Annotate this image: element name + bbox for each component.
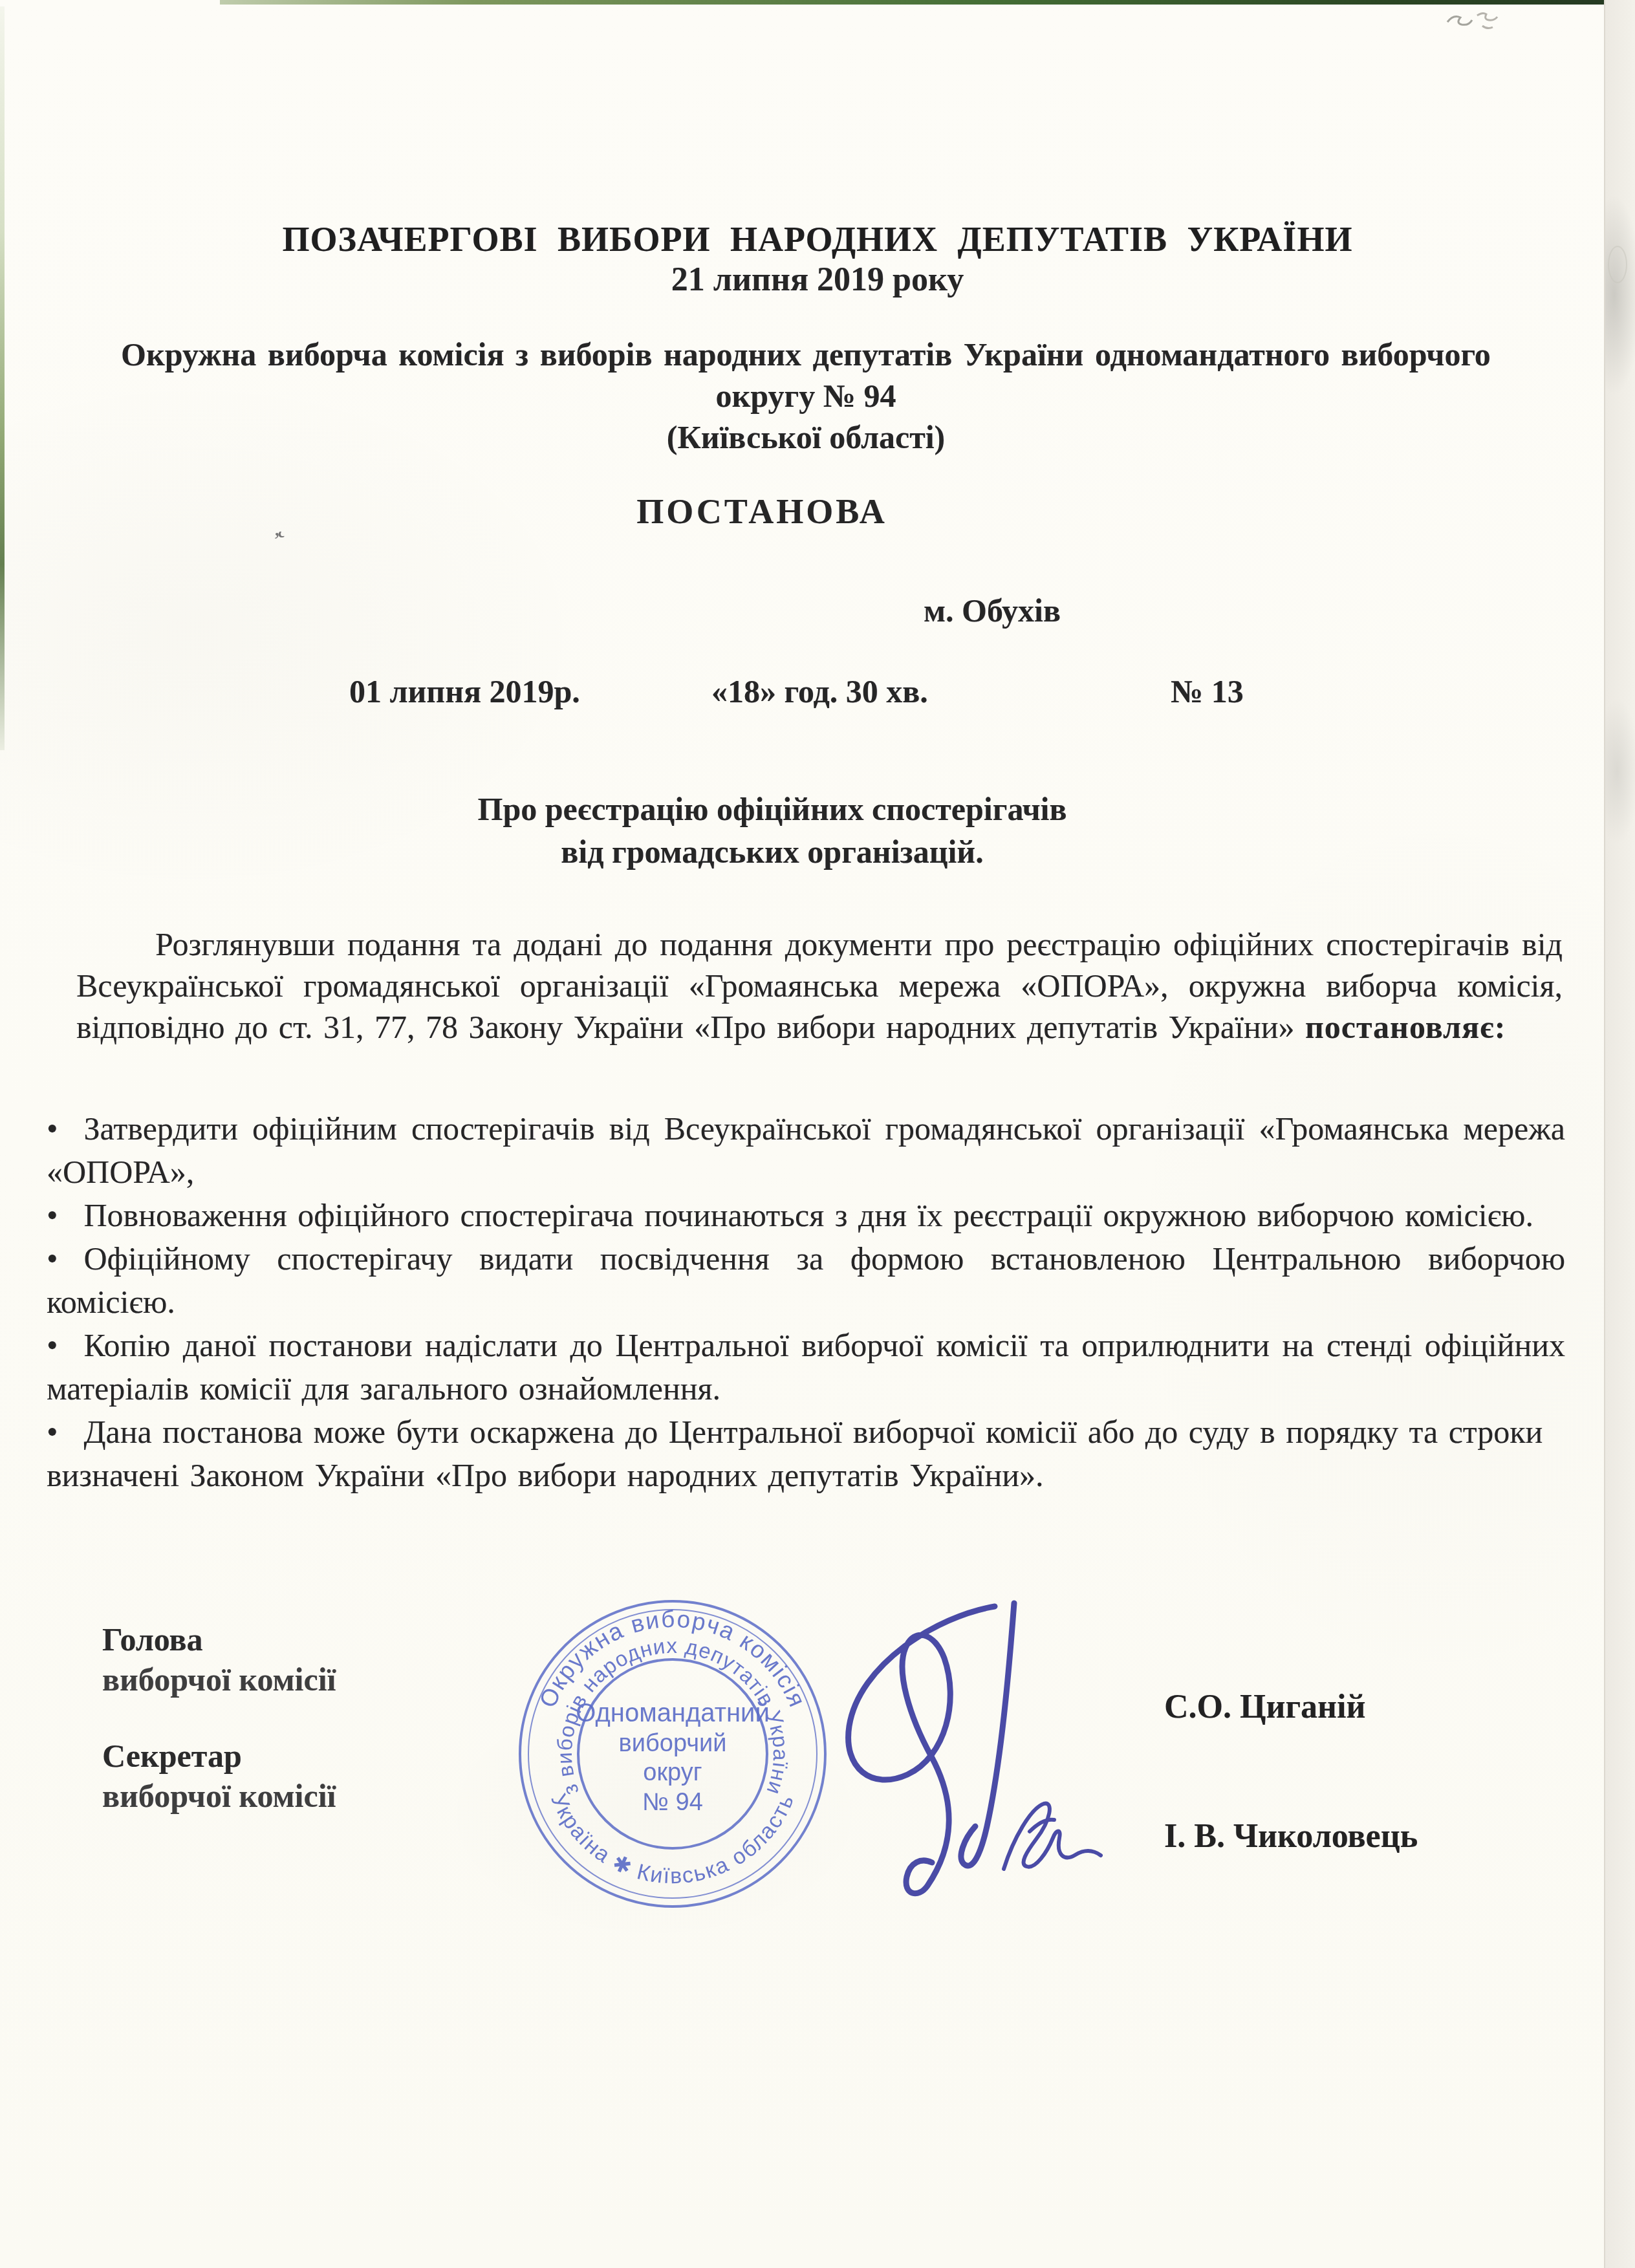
list-item-text: Дана постанова може бути оскаржена до Це… — [47, 1414, 1543, 1493]
list-item: •Копію даної постанови надіслати до Цент… — [47, 1324, 1565, 1410]
place-label: м. Обухів — [924, 592, 1061, 629]
intro-paragraph: Розглянувши подання та додані до подання… — [76, 923, 1563, 1048]
meta-date: 01 липня 2019р. — [349, 673, 580, 710]
commission-name: Окружна виборча комісія з виборів народн… — [0, 334, 1623, 458]
bullet-icon: • — [47, 1197, 84, 1233]
official-round-stamp: Окружна виборча комісія з виборів народн… — [511, 1592, 834, 1916]
election-title: ПОЗАЧЕРГОВІ ВИБОРИ НАРОДНИХ ДЕПУТАТІВ УК… — [0, 219, 1635, 260]
stamp-center-line3: округ — [643, 1759, 702, 1786]
subject-line1: Про реєстрацію офіційних спостерігачів — [0, 788, 1590, 830]
stamp-center-line1: Одномандатний — [576, 1699, 770, 1727]
bullet-icon: • — [47, 1414, 84, 1450]
secretary-role-line2: виборчої комісії — [102, 1776, 336, 1816]
list-item: •Повноваження офіційного спостерігача по… — [47, 1194, 1565, 1237]
head-role-line2: виборчої комісії — [102, 1659, 336, 1700]
head-role-line1: Голова — [102, 1619, 336, 1659]
bullet-icon: • — [47, 1240, 84, 1277]
scanner-edge-top — [220, 0, 1635, 5]
scanned-document-page: ̦˛ ПОЗАЧЕРГОВІ ВИБОРИ НАРОДНИХ ДЕПУТАТІВ… — [0, 0, 1635, 2268]
secretary-role-line1: Секретар — [102, 1736, 336, 1776]
secretary-role-label: Секретар виборчої комісії — [102, 1736, 336, 1816]
list-item: •Дана постанова може бути оскаржена до Ц… — [47, 1410, 1565, 1497]
list-item-text: Копію даної постанови надіслати до Центр… — [47, 1327, 1565, 1407]
document-type-title: ПОСТАНОВА — [0, 491, 1579, 532]
stamp-center-line2: виборчий — [619, 1730, 727, 1757]
secretary-signature-ink — [991, 1793, 1107, 1877]
meta-row: 01 липня 2019р. «18» год. 30 хв. № 13 — [0, 673, 1635, 718]
list-item: •Затвердити офіційним спостерігачів від … — [47, 1107, 1565, 1194]
head-name: С.О. Циганій — [1164, 1688, 1365, 1726]
bullet-icon: • — [47, 1110, 84, 1147]
bullet-icon: • — [47, 1327, 84, 1363]
document-header: ПОЗАЧЕРГОВІ ВИБОРИ НАРОДНИХ ДЕПУТАТІВ УК… — [0, 219, 1635, 300]
stamp-center-line4: № 94 — [642, 1789, 703, 1816]
signature-section: Голова виборчої комісії Секретар виборчо… — [0, 1591, 1635, 2069]
list-item-text: Офіційному спостерігачу видати посвідчен… — [47, 1240, 1565, 1320]
election-date: 21 липня 2019 року — [0, 260, 1635, 300]
list-item: •Офіційному спостерігачу видати посвідче… — [47, 1237, 1565, 1324]
meta-number: № 13 — [1171, 673, 1244, 710]
intro-resolves-word: постановляє: — [1305, 1009, 1506, 1045]
resolution-list: •Затвердити офіційним спостерігачів від … — [47, 1107, 1565, 1497]
commission-line3: (Київської області) — [0, 416, 1623, 458]
secretary-name: І. В. Чиколовець — [1164, 1817, 1418, 1855]
pencil-mark — [1444, 4, 1506, 43]
list-item-text: Затвердити офіційним спостерігачів від В… — [47, 1110, 1565, 1190]
subject-title: Про реєстрацію офіційних спостерігачів в… — [0, 788, 1590, 873]
commission-line1: Окружна виборча комісія з виборів народн… — [0, 334, 1623, 375]
head-role-label: Голова виборчої комісії — [102, 1619, 336, 1700]
meta-time: «18» год. 30 хв. — [711, 673, 928, 710]
subject-line2: від громадських організацій. — [0, 830, 1590, 873]
list-item-text: Повноваження офіційного спостерігача поч… — [84, 1197, 1533, 1233]
commission-line2: округу № 94 — [0, 375, 1623, 416]
